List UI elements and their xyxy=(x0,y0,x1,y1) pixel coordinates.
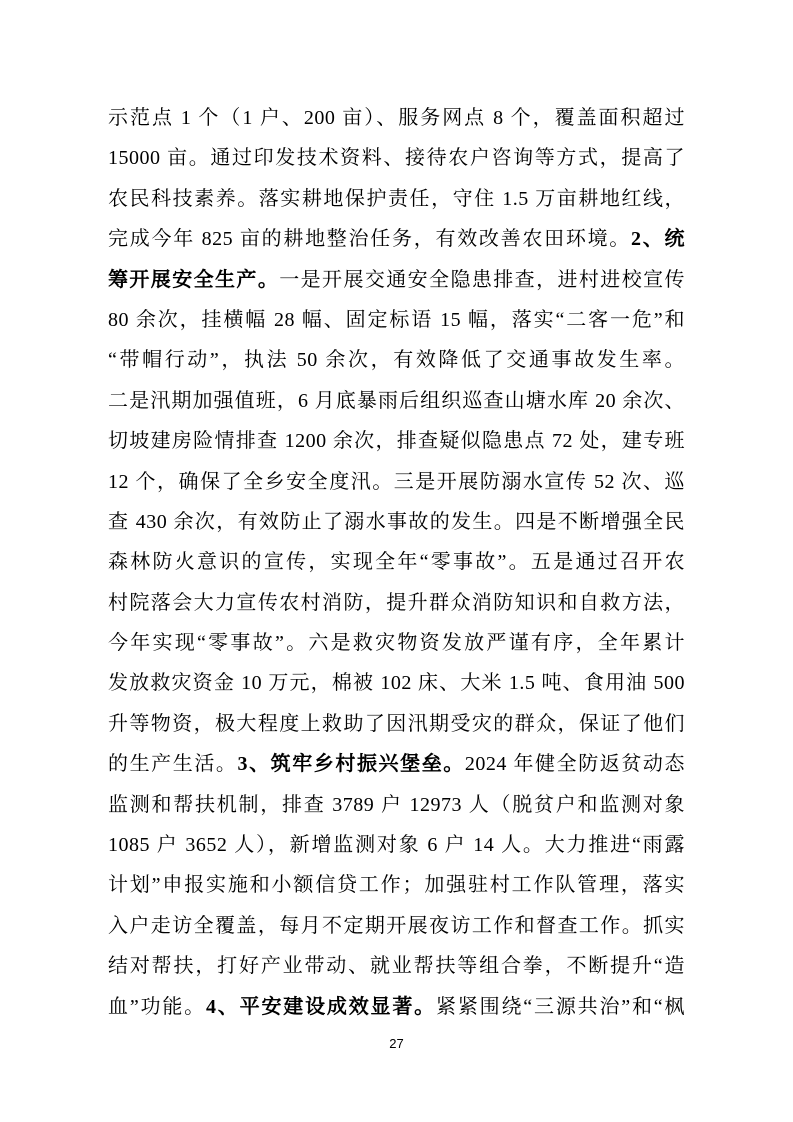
text-line: “带帽行动”，执法 50 余次，有效降低了交通事故发生率。 xyxy=(108,340,685,380)
text-segment: 一是开展交通安全隐患排查，进村进校宣传 xyxy=(279,269,685,291)
text-segment: 3、筑牢乡村振兴堡垒。 xyxy=(237,753,464,775)
text-segment: 今年实现“零事故”。六是救灾物资发放严谨有序，全年累计 xyxy=(108,632,685,654)
text-line: 升等物资，极大程度上救助了因汛期受灾的群众，保证了他们 xyxy=(108,704,685,744)
text-segment: 村院落会大力宣传农村消防，提升群众消防知识和自救方法， xyxy=(108,592,685,614)
text-line: 发放救灾资金 10 万元，棉被 102 床、大米 1.5 吨、食用油 500 xyxy=(108,663,685,703)
text-segment: 的生产生活。 xyxy=(108,753,237,775)
text-line: 二是汛期加强值班，6 月底暴雨后组织巡查山塘水库 20 余次、 xyxy=(108,381,685,421)
text-line: 筹开展安全生产。一是开展交通安全隐患排查，进村进校宣传 xyxy=(108,260,685,300)
text-segment: 完成今年 825 亩的耕地整治任务，有效改善农田环境。 xyxy=(108,228,631,250)
text-segment: 2、统 xyxy=(631,228,685,250)
text-segment: 森林防火意识的宣传，实现全年“零事故”。五是通过召开农 xyxy=(108,551,685,573)
text-line: 查 430 余次，有效防止了溺水事故的发生。四是不断增强全民 xyxy=(108,502,685,542)
text-line: 入户走访全覆盖，每月不定期开展夜访工作和督查工作。抓实 xyxy=(108,906,685,946)
text-line: 血”功能。4、平安建设成效显著。紧紧围绕“三源共治”和“枫 xyxy=(108,987,685,1027)
text-segment: 计划”申报实施和小额信贷工作；加强驻村工作队管理，落实 xyxy=(108,874,685,896)
text-segment: 升等物资，极大程度上救助了因汛期受灾的群众，保证了他们 xyxy=(108,713,685,735)
text-line: 80 余次，挂横幅 28 幅、固定标语 15 幅，落实“二客一危”和 xyxy=(108,300,685,340)
text-line: 完成今年 825 亩的耕地整治任务，有效改善农田环境。2、统 xyxy=(108,219,685,259)
text-line: 今年实现“零事故”。六是救灾物资发放严谨有序，全年累计 xyxy=(108,623,685,663)
text-segment: 2024 年健全防返贫动态 xyxy=(465,753,685,775)
text-segment: 发放救灾资金 10 万元，棉被 102 床、大米 1.5 吨、食用油 500 xyxy=(108,672,685,694)
text-line: 12 个，确保了全乡安全度汛。三是开展防溺水宣传 52 次、巡 xyxy=(108,462,685,502)
text-line: 示范点 1 个（1 户、200 亩）、服务网点 8 个，覆盖面积超过 xyxy=(108,98,685,138)
text-block: 示范点 1 个（1 户、200 亩）、服务网点 8 个，覆盖面积超过15000 … xyxy=(108,98,685,1027)
text-segment: 紧紧围绕“三源共治”和“枫 xyxy=(436,996,685,1018)
page-number: 27 xyxy=(0,1036,793,1051)
text-segment: 80 余次，挂横幅 28 幅、固定标语 15 幅，落实“二客一危”和 xyxy=(108,309,685,331)
text-line: 1085 户 3652 人），新增监测对象 6 户 14 人。大力推进“雨露 xyxy=(108,825,685,865)
text-line: 结对帮扶，打好产业带动、就业帮扶等组合拳，不断提升“造 xyxy=(108,946,685,986)
text-segment: 示范点 1 个（1 户、200 亩）、服务网点 8 个，覆盖面积超过 xyxy=(108,107,685,129)
text-segment: 12 个，确保了全乡安全度汛。三是开展防溺水宣传 52 次、巡 xyxy=(108,471,685,493)
text-segment: 监测和帮扶机制，排查 3789 户 12973 人（脱贫户和监测对象 xyxy=(108,794,685,816)
text-segment: 二是汛期加强值班，6 月底暴雨后组织巡查山塘水库 20 余次、 xyxy=(108,390,685,412)
text-segment: 筹开展安全生产。 xyxy=(108,269,279,291)
text-line: 的生产生活。3、筑牢乡村振兴堡垒。2024 年健全防返贫动态 xyxy=(108,744,685,784)
text-line: 15000 亩。通过印发技术资料、接待农户咨询等方式，提高了 xyxy=(108,138,685,178)
text-line: 监测和帮扶机制，排查 3789 户 12973 人（脱贫户和监测对象 xyxy=(108,785,685,825)
text-line: 森林防火意识的宣传，实现全年“零事故”。五是通过召开农 xyxy=(108,542,685,582)
text-segment: 入户走访全覆盖，每月不定期开展夜访工作和督查工作。抓实 xyxy=(108,915,685,937)
document-page: 示范点 1 个（1 户、200 亩）、服务网点 8 个，覆盖面积超过15000 … xyxy=(0,0,793,1122)
text-line: 计划”申报实施和小额信贷工作；加强驻村工作队管理，落实 xyxy=(108,865,685,905)
text-segment: 15000 亩。通过印发技术资料、接待农户咨询等方式，提高了 xyxy=(108,147,685,169)
text-segment: 4、平安建设成效显著。 xyxy=(206,996,436,1018)
text-segment: 查 430 余次，有效防止了溺水事故的发生。四是不断增强全民 xyxy=(108,511,685,533)
text-segment: “带帽行动”，执法 50 余次，有效降低了交通事故发生率。 xyxy=(108,349,685,371)
text-segment: 农民科技素养。落实耕地保护责任，守住 1.5 万亩耕地红线， xyxy=(108,188,685,210)
text-line: 农民科技素养。落实耕地保护责任，守住 1.5 万亩耕地红线， xyxy=(108,179,685,219)
text-segment: 结对帮扶，打好产业带动、就业帮扶等组合拳，不断提升“造 xyxy=(108,955,685,977)
text-segment: 切坡建房险情排查 1200 余次，排查疑似隐患点 72 处，建专班 xyxy=(108,430,685,452)
text-segment: 1085 户 3652 人），新增监测对象 6 户 14 人。大力推进“雨露 xyxy=(108,834,685,856)
text-line: 村院落会大力宣传农村消防，提升群众消防知识和自救方法， xyxy=(108,583,685,623)
text-line: 切坡建房险情排查 1200 余次，排查疑似隐患点 72 处，建专班 xyxy=(108,421,685,461)
text-segment: 血”功能。 xyxy=(108,996,206,1018)
